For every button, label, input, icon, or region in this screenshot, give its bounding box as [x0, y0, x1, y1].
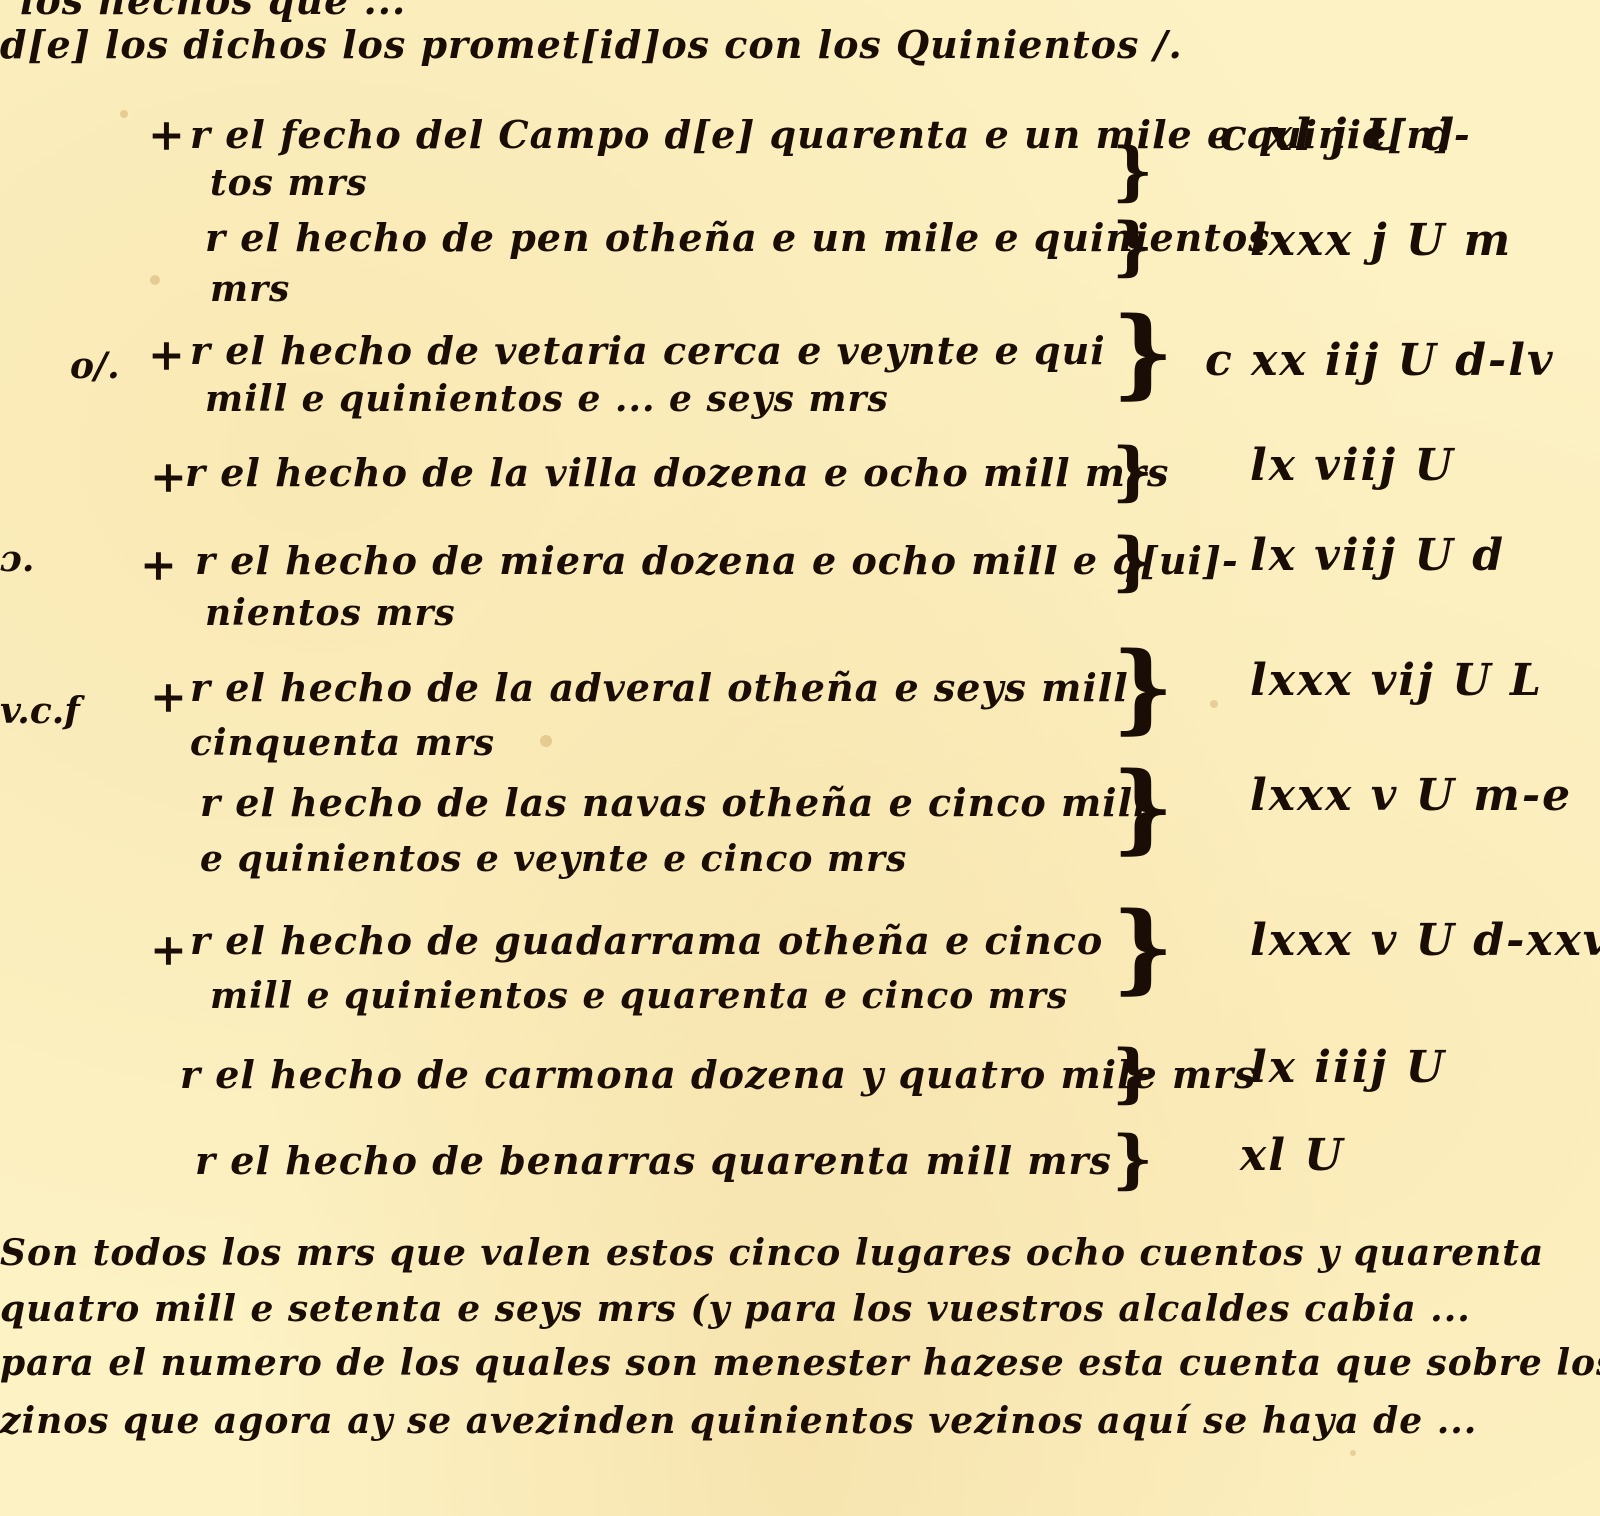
- ink-stain: [120, 110, 128, 118]
- entry-5-amount: lxxx vij U L: [1250, 655, 1543, 706]
- entry-0-amount: c xl j U d: [1220, 110, 1456, 161]
- entry-marker-cross: +: [140, 540, 177, 591]
- entry-0-line-2: tos mrs: [210, 162, 368, 204]
- entry-7-line-2: mill e quinientos e quarenta e cinco mrs: [210, 975, 1068, 1017]
- entry-brace: }: [1112, 215, 1153, 279]
- ink-stain: [150, 275, 160, 285]
- entry-marker-cross: +: [148, 330, 185, 381]
- entry-6-line-2: e quinientos e veynte e cinco mrs: [200, 838, 907, 880]
- entry-5-margin-note: v.c.f: [0, 690, 80, 732]
- header-line-2: d[e] los dichos los promet[id]os con los…: [0, 22, 1183, 67]
- entry-brace: }: [1112, 900, 1174, 996]
- entry-9-line-1: r el hecho de benarras quarenta mill mrs: [195, 1138, 1112, 1183]
- entry-6-line-1: r el hecho de las navas otheña e cinco m…: [200, 780, 1149, 825]
- entry-brace: }: [1112, 440, 1153, 504]
- entry-4-line-2: nientos mrs: [205, 592, 456, 634]
- entry-6-amount: lxxx v U m-e: [1250, 770, 1572, 821]
- entry-5-line-2: cinquenta mrs: [190, 722, 495, 764]
- entry-3-line-1: r el hecho de la villa dozena e ocho mil…: [185, 450, 1169, 495]
- entry-brace: }: [1112, 530, 1153, 594]
- entry-2-amount: c xx iij U d-lv: [1205, 335, 1555, 386]
- entry-brace: }: [1112, 760, 1174, 856]
- entry-4-amount: lx viij U d: [1250, 530, 1505, 581]
- ink-stain: [540, 735, 552, 747]
- entry-marker-cross: +: [148, 110, 185, 161]
- entry-brace: }: [1112, 1128, 1153, 1192]
- entry-9-amount: xl U: [1240, 1130, 1345, 1181]
- entry-4-margin-note: ɔ.: [0, 538, 34, 580]
- entry-brace: }: [1112, 140, 1153, 204]
- entry-marker-cross: +: [150, 452, 187, 503]
- entry-8-amount: lx iiij U: [1250, 1042, 1446, 1093]
- closing-line-3: para el numero de los quales son meneste…: [0, 1342, 1600, 1384]
- entry-brace: }: [1112, 1042, 1153, 1106]
- closing-line-2: quatro mill e setenta e seys mrs (y para…: [0, 1288, 1471, 1330]
- manuscript-page: los hechos que ... d[e] los dichos los p…: [0, 0, 1600, 1516]
- closing-line-4: zinos que agora ay se avezinden quinient…: [0, 1400, 1477, 1442]
- entry-7-amount: lxxx v U d-xxv: [1250, 915, 1600, 966]
- entry-brace: }: [1112, 305, 1174, 401]
- entry-marker-cross: +: [150, 925, 187, 976]
- entry-8-line-1: r el hecho de carmona dozena y quatro mi…: [180, 1052, 1257, 1097]
- entry-marker-cross: +: [150, 672, 187, 723]
- ink-stain: [1350, 1450, 1356, 1456]
- entry-brace: }: [1112, 640, 1174, 736]
- entry-5-line-1: r el hecho de la adveral otheña e seys m…: [190, 665, 1129, 710]
- entry-2-line-1: r el hecho de vetaria cerca e veynte e q…: [190, 328, 1106, 373]
- entry-2-line-2: mill e quinientos e ... e seys mrs: [205, 378, 889, 420]
- entry-1-amount: lxxx j U m: [1250, 215, 1512, 266]
- entry-4-line-1: r el hecho de miera dozena e ocho mill e…: [195, 538, 1239, 583]
- entry-7-line-1: r el hecho de guadarrama otheña e cinco: [190, 918, 1103, 963]
- entry-2-margin-note: o/.: [70, 345, 120, 387]
- entry-1-line-2: mrs: [210, 268, 290, 310]
- entry-3-amount: lx viij U: [1250, 440, 1455, 491]
- entry-1-line-1: r el hecho de pen otheña e un mile e qui…: [205, 215, 1271, 260]
- ink-stain: [1210, 700, 1218, 708]
- header-line-1: los hechos que ...: [20, 0, 406, 23]
- closing-line-1: Son todos los mrs que valen estos cinco …: [0, 1232, 1544, 1274]
